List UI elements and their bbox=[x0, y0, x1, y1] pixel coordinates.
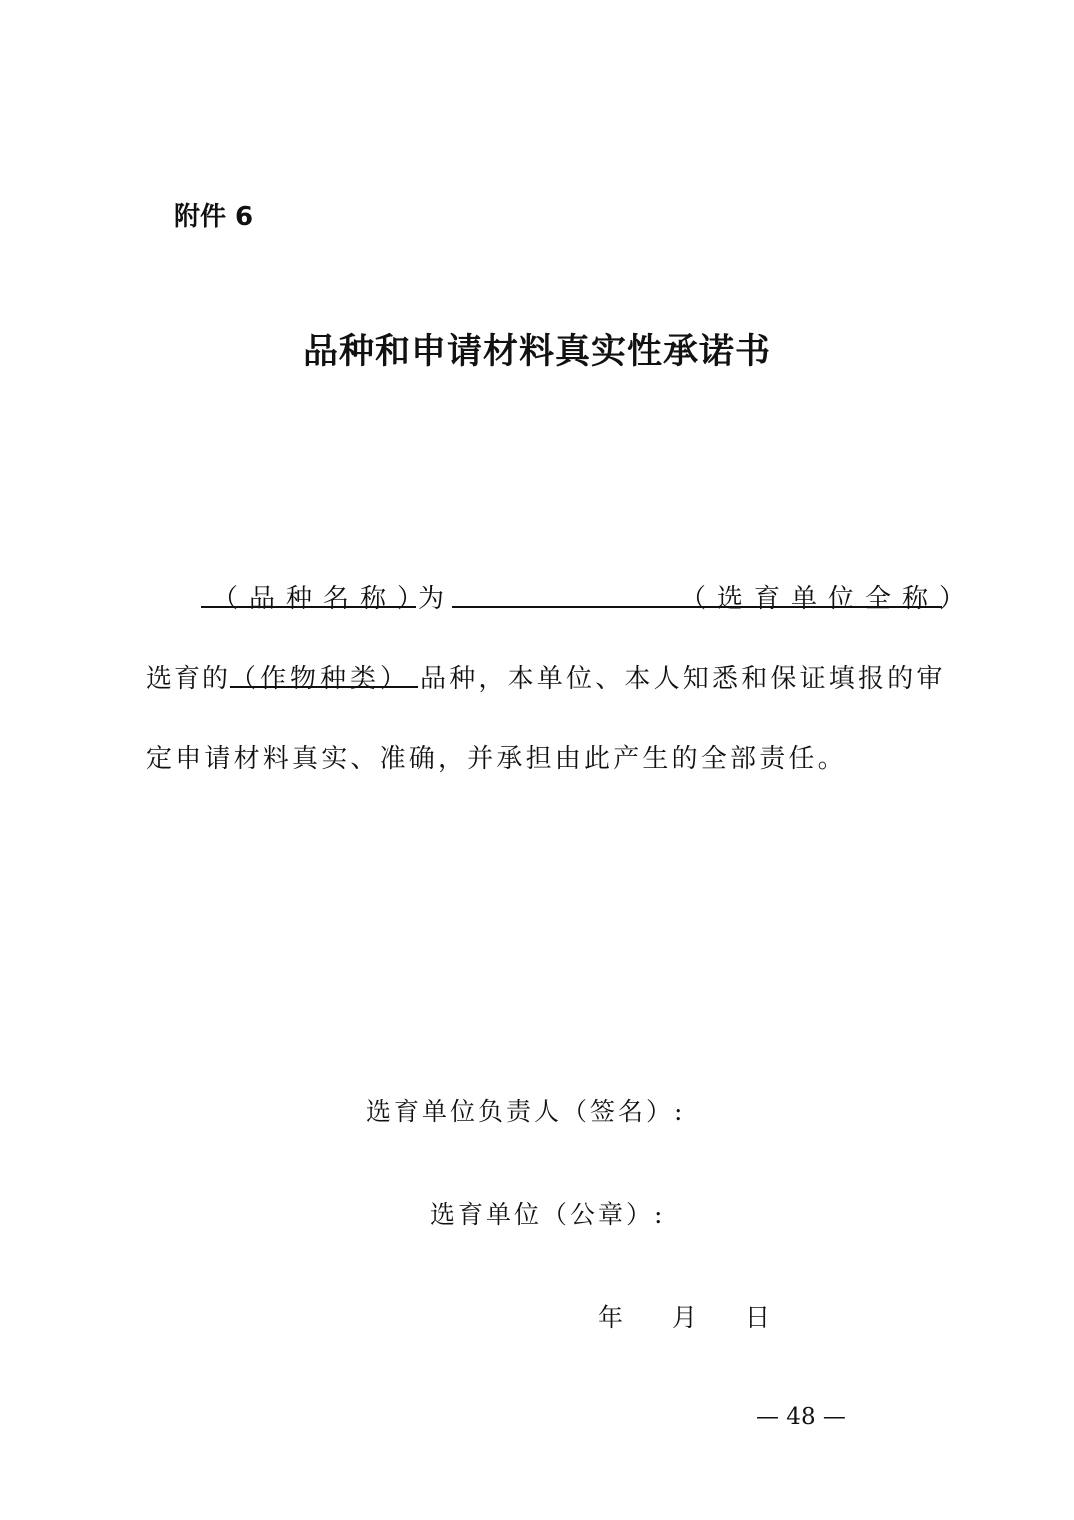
variety-name-underline bbox=[201, 606, 416, 608]
attachment-label: 附件 6 bbox=[174, 196, 253, 233]
crop-type-field[interactable]: （作物种类） bbox=[230, 658, 410, 695]
unit-seal[interactable]: 选育单位（公章）: bbox=[430, 1195, 665, 1231]
date-day: 日 bbox=[745, 1298, 772, 1334]
line2-prefix: 选育的 bbox=[146, 658, 230, 695]
line2-suffix: 品种，本单位、本人知悉和保证填报的审 bbox=[420, 658, 946, 695]
date-month: 月 bbox=[672, 1298, 699, 1334]
breeder-full-name-underline bbox=[452, 606, 942, 608]
document-title: 品种和申请材料真实性承诺书 bbox=[0, 324, 1074, 374]
date-year: 年 bbox=[598, 1298, 625, 1334]
crop-type-underline bbox=[230, 686, 418, 688]
variety-name-field[interactable]: （品种名称） bbox=[212, 578, 434, 615]
responsible-person-signature[interactable]: 选育单位负责人（签名）: bbox=[366, 1092, 685, 1128]
connector-text: 为 bbox=[418, 578, 446, 615]
page-number: — 48 — bbox=[756, 1404, 846, 1430]
line3-text: 定申请材料真实、准确，并承担由此产生的全部责任。 bbox=[146, 738, 847, 775]
breeder-full-name-field[interactable]: （选育单位全称） bbox=[680, 578, 976, 615]
